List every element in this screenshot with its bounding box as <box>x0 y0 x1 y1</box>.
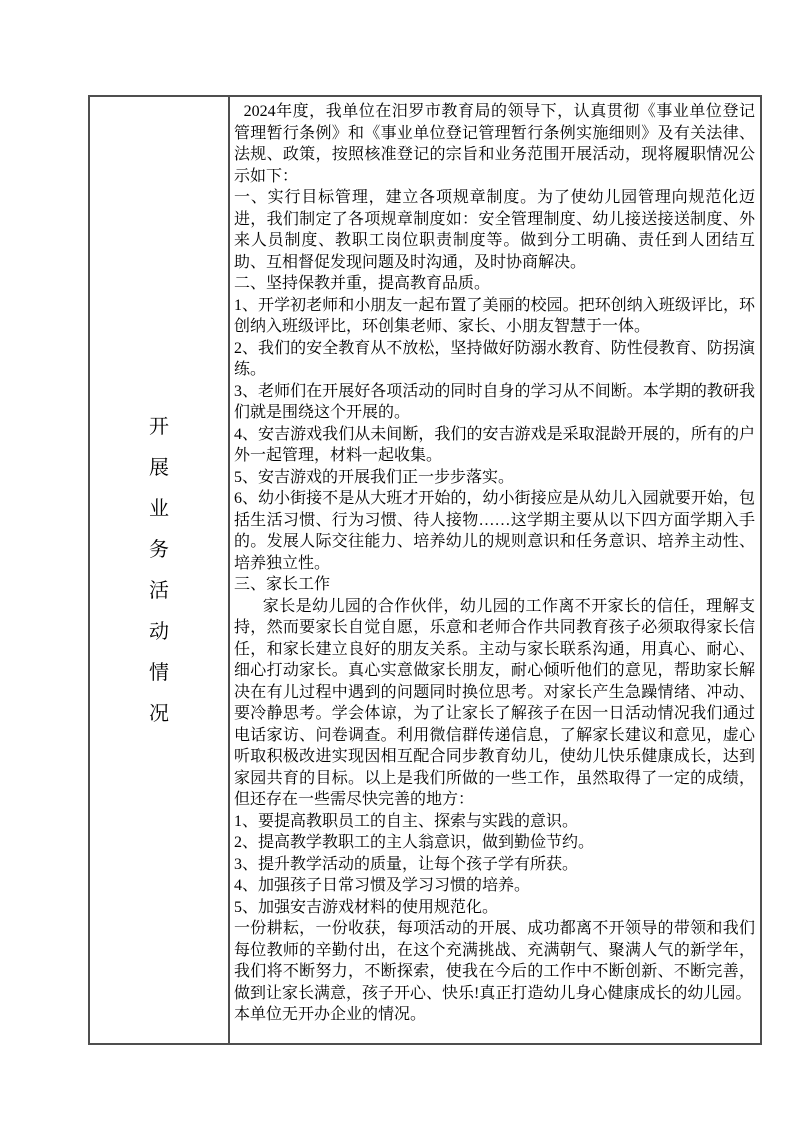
row-label-char: 情 <box>149 663 169 683</box>
paragraph: 2、我们的安全教育从不放松，坚持做好防溺水教育、防性侵教育、防拐演练。 <box>234 338 755 381</box>
row-label-char: 开 <box>149 417 169 437</box>
paragraph: 3、老师们在开展好各项活动的同时自身的学习从不间断。本学期的教研我们就是围绕这个… <box>234 381 755 424</box>
paragraph: 家长是幼儿园的合作伙伴，幼儿园的工作离不开家长的信任，理解支持，然而要家长自觉自… <box>234 596 755 811</box>
paragraph: 1、开学初老师和小朋友一起布置了美丽的校园。把环创纳入班级评比，环创纳入班级评比… <box>234 295 755 338</box>
paragraph: 二、坚持保教并重，提高教育品质。 <box>234 273 755 295</box>
row-label-char: 业 <box>149 499 169 519</box>
paragraph: 三、家长工作 <box>234 574 755 596</box>
row-label-char: 务 <box>149 540 169 560</box>
paragraph: 6、幼小街接不是从大班才开始的，幼小街接应是从幼儿入园就要开始，包括生活习惯、行… <box>234 488 755 574</box>
paragraph: 本单位无开办企业的情况。 <box>234 1004 755 1026</box>
row-label-cell: 开展业务活动情况 <box>90 97 230 1043</box>
paragraph: 2、提高教学教职工的主人翁意识，做到勤俭节约。 <box>234 832 755 854</box>
row-label-char: 活 <box>149 581 169 601</box>
row-label-char: 动 <box>149 622 169 642</box>
content-cell: 2024年度，我单位在汨罗市教育局的领导下，认真贯彻《事业单位登记管理暂行条例》… <box>230 97 760 1043</box>
paragraph: 4、加强孩子日常习惯及学习习惯的培养。 <box>234 875 755 897</box>
paragraph: 5、加强安吉游戏材料的使用规范化。 <box>234 897 755 919</box>
paragraph: 3、提升教学活动的质量，让每个孩子学有所获。 <box>234 854 755 876</box>
row-label-char: 展 <box>149 458 169 478</box>
paragraph: 4、安吉游戏我们从未间断，我们的安吉游戏是采取混龄开展的，所有的户外一起管理，材… <box>234 424 755 467</box>
paragraph: 5、安吉游戏的开展我们正一步步落实。 <box>234 467 755 489</box>
paragraph: 1、要提高教职员工的自主、探索与实践的意识。 <box>234 811 755 833</box>
report-table: 开展业务活动情况 2024年度，我单位在汨罗市教育局的领导下，认真贯彻《事业单位… <box>88 95 762 1045</box>
paragraph: 一、实行目标管理，建立各项规章制度。为了使幼儿园管理向规范化迈进，我们制定了各项… <box>234 187 755 273</box>
paragraph: 一份耕耘，一份收获，每项活动的开展、成功都离不开领导的带领和我们每位教师的辛勤付… <box>234 918 755 1004</box>
paragraph: 2024年度，我单位在汨罗市教育局的领导下，认真贯彻《事业单位登记管理暂行条例》… <box>234 101 755 187</box>
row-label-char: 况 <box>149 704 169 724</box>
